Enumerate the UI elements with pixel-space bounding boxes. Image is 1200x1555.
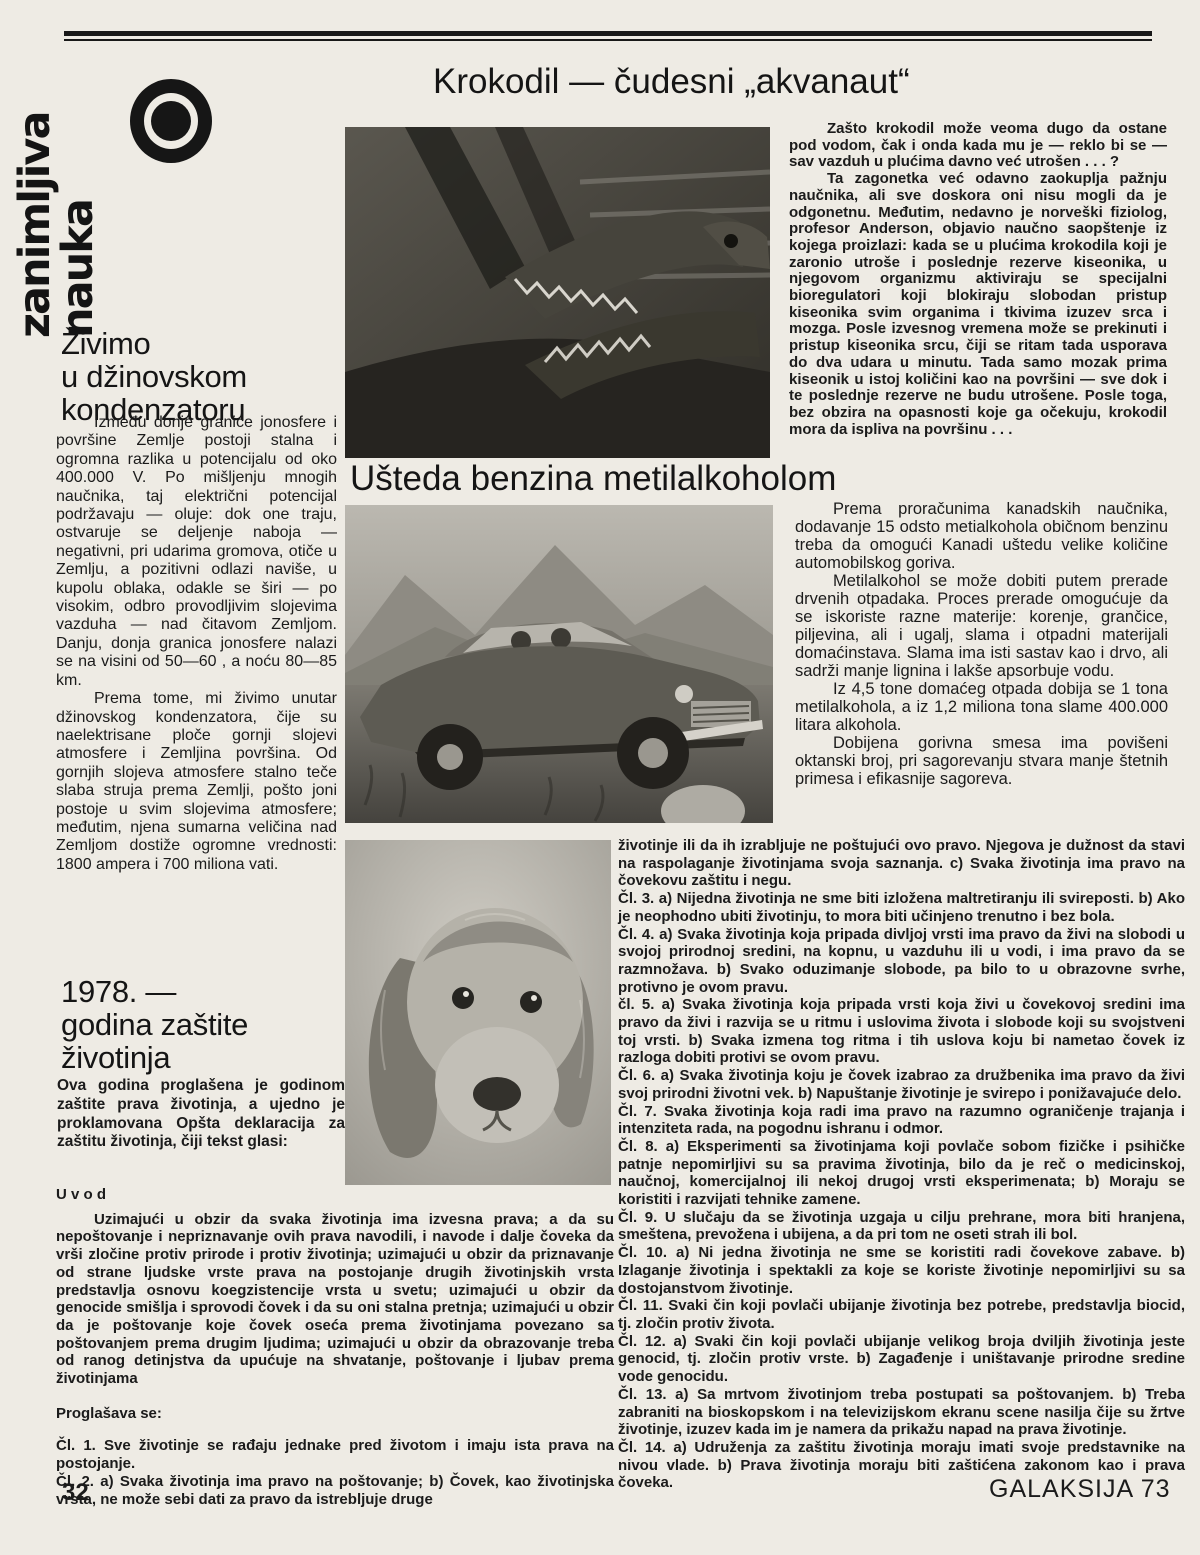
masthead-logo-nauka: nauka — [53, 200, 103, 338]
declaration-clause: životinje ili da ih izrabljuje ne poštuj… — [618, 837, 1185, 890]
crocodile-illustration — [345, 127, 770, 458]
left-clauses: Čl. 1. Sve životinje se rađaju jednake p… — [56, 1437, 614, 1508]
paragraph: Između donje granice jonosfere i površin… — [56, 414, 337, 690]
headline-line: u džinovskom — [61, 360, 247, 393]
zastita-title: 1978. —godina zaštiteživotinja — [61, 975, 248, 1074]
top-rule — [64, 31, 1152, 41]
zastita-intro: Ova godina proglašena je godinom zaštite… — [57, 1077, 345, 1152]
kondenzator-text: Između donje granice jonosfere i površin… — [56, 414, 337, 874]
car-illustration — [345, 505, 773, 823]
declaration-clause: Čl. 4. a) Svaka životinja koja pripada d… — [618, 926, 1185, 997]
declaration-right-column: životinje ili da ih izrabljuje ne poštuj… — [618, 837, 1185, 1492]
headline-line: životinja — [61, 1041, 248, 1074]
dog-illustration — [345, 840, 611, 1185]
declaration-clause: Čl. 11. Svaki čin koji povlači ubijanje … — [618, 1297, 1185, 1332]
page-number: 32 — [62, 1479, 89, 1507]
magazine-page: zanimljiva nauka Krokodil — čudesni „akv… — [0, 0, 1200, 1555]
benzin-title: Ušteda benzina metilalkoholom — [350, 459, 836, 499]
declaration-clause: Čl. 8. a) Eksperimenti sa životinjama ko… — [618, 1138, 1185, 1209]
crocodile-photo — [345, 127, 770, 458]
paragraph: Zašto krokodil može veoma dugo da ostane… — [789, 121, 1167, 171]
paragraph: Prema tome, mi živimo unutar džinovskog … — [56, 690, 337, 874]
magazine-footer: GALAKSIJA 73 — [989, 1475, 1171, 1504]
declaration-clause: Čl. 6. a) Svaka životinja koju je čovek … — [618, 1067, 1185, 1102]
paragraph: Metilalkohol se može dobiti putem prerad… — [795, 572, 1168, 680]
declaration-left-column: U v o d Uzimajući u obzir da svaka život… — [56, 1186, 614, 1508]
proglasava-label: Proglašava se: — [56, 1405, 614, 1423]
benzin-text: Prema proračunima kanadskih naučnika, do… — [795, 500, 1168, 788]
krokodil-title: Krokodil — čudesni „akvanaut“ — [433, 62, 910, 102]
uvod-paragraph: Uzimajući u obzir da svaka životinja ima… — [56, 1211, 614, 1388]
declaration-clause: Čl. 1. Sve životinje se rađaju jednake p… — [56, 1437, 614, 1472]
headline-line: godina zaštite — [61, 1008, 248, 1041]
paragraph: Iz 4,5 tone domaćeg otpada dobija se 1 t… — [795, 680, 1168, 734]
headline-line: 1978. — — [61, 975, 248, 1008]
declaration-clause: Čl. 12. a) Svaki čin koji povlači ubijan… — [618, 1333, 1185, 1386]
declaration-clause: Čl. 13. a) Sa mrtvom životinjom treba po… — [618, 1386, 1185, 1439]
declaration-clause: Čl. 7. Svaka životinja koja radi ima pra… — [618, 1103, 1185, 1138]
uvod-heading: U v o d — [56, 1186, 614, 1204]
declaration-clause: čl. 5. a) Svaka životinja koja pripada v… — [618, 996, 1185, 1067]
declaration-clause: Čl. 10. a) Ni jedna životinja ne sme se … — [618, 1244, 1185, 1297]
car-photo — [345, 505, 773, 823]
paragraph: Prema proračunima kanadskih naučnika, do… — [795, 500, 1168, 572]
paragraph: Dobijena gorivna smesa ima povišeni okta… — [795, 734, 1168, 788]
declaration-clause: Čl. 9. U slučaju da se životinja uzgaja … — [618, 1209, 1185, 1244]
krokodil-text: Zašto krokodil može veoma dugo da ostane… — [789, 121, 1167, 438]
dog-photo — [345, 840, 611, 1185]
target-icon — [130, 79, 212, 163]
declaration-clause: Čl. 2. a) Svaka životinja ima pravo na p… — [56, 1473, 614, 1508]
paragraph: Ta zagonetka već odavno zaokuplja pažnju… — [789, 171, 1167, 438]
declaration-clause: Čl. 3. a) Nijedna životinja ne sme biti … — [618, 890, 1185, 925]
kondenzator-title: Živimou džinovskomkondenzatoru — [61, 327, 247, 426]
headline-line: Živimo — [61, 327, 247, 360]
